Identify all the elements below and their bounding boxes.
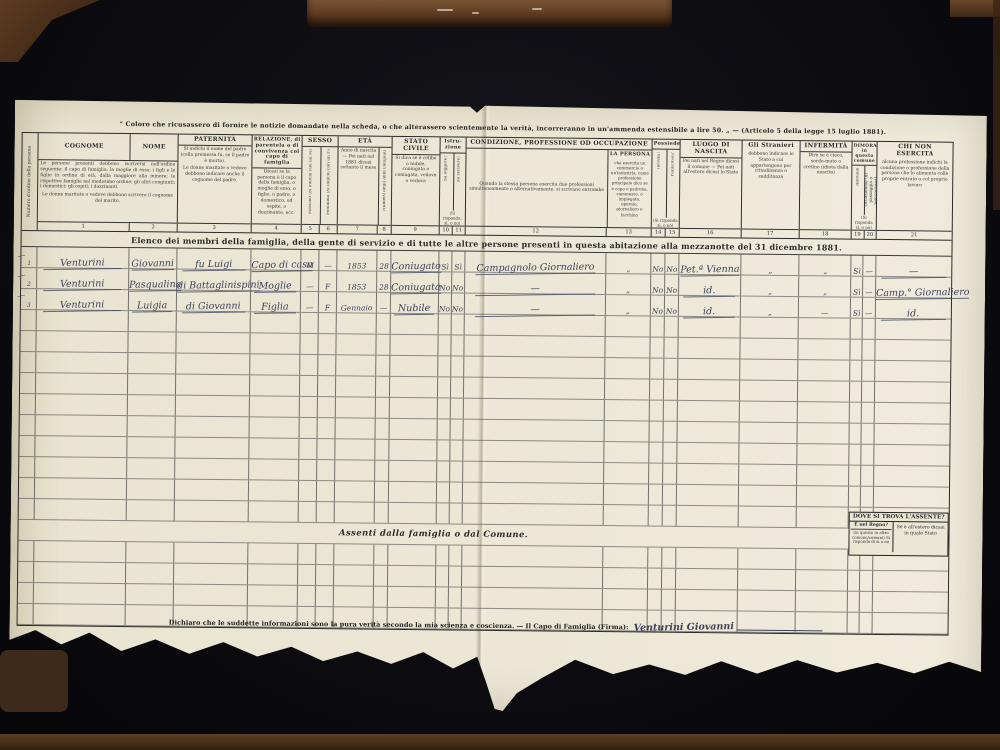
column-number: 1 bbox=[38, 222, 129, 231]
table-cell bbox=[464, 357, 605, 378]
table-cell bbox=[317, 439, 335, 459]
handwritten-entry: — bbox=[324, 261, 332, 270]
handwritten-entry: No bbox=[666, 265, 677, 274]
column-number: 15 bbox=[665, 229, 679, 237]
table-cell bbox=[175, 501, 249, 522]
table-cell bbox=[451, 356, 464, 376]
table-cell bbox=[334, 565, 374, 585]
header-desc: che esercita un commercio o un'industria… bbox=[608, 159, 652, 219]
table-cell bbox=[862, 361, 875, 381]
header-desc: Quando la stessa persona esercita due pr… bbox=[466, 180, 607, 195]
table-cell bbox=[336, 397, 376, 417]
table-cell bbox=[605, 358, 650, 378]
header-desc: debbono indicare lo Stato a cui apparten… bbox=[742, 150, 799, 182]
table-cell bbox=[850, 382, 862, 402]
table-cell bbox=[249, 438, 299, 459]
table-cell bbox=[128, 395, 176, 416]
table-cell bbox=[299, 481, 317, 501]
table-cell bbox=[248, 543, 298, 564]
table-cell bbox=[37, 310, 129, 331]
table-cell bbox=[250, 417, 300, 438]
table-cell bbox=[679, 317, 741, 338]
table-cell bbox=[863, 319, 876, 339]
table-cell bbox=[650, 380, 664, 400]
table-cell bbox=[662, 569, 676, 589]
table-cell bbox=[335, 460, 375, 480]
table-cell: „ bbox=[606, 253, 651, 273]
handwritten-entry: Sì bbox=[441, 262, 449, 271]
handwritten-entry: — bbox=[306, 282, 314, 291]
col-istruzione: Istru-zione Sa leggere? Sa scrivere? (Si… bbox=[440, 137, 467, 234]
header-desc: Le donne maritate o vedove debbono indic… bbox=[178, 165, 251, 185]
table-cell: Sì bbox=[439, 251, 452, 271]
table-cell bbox=[19, 499, 35, 519]
table-cell bbox=[175, 480, 249, 501]
table-cell: id. bbox=[679, 296, 741, 317]
table-cell bbox=[298, 544, 316, 564]
table-cell bbox=[739, 506, 797, 527]
table-cell bbox=[249, 501, 299, 522]
table-cell bbox=[605, 337, 650, 357]
wood-edge-right bbox=[993, 0, 1000, 210]
table-cell bbox=[738, 590, 796, 611]
table-cell bbox=[664, 359, 678, 379]
table-cell bbox=[375, 440, 389, 460]
table-cell bbox=[301, 313, 319, 333]
table-cell: fu Luigi bbox=[177, 249, 251, 270]
table-cell bbox=[851, 319, 863, 339]
header-desc: Le donne maritate o vedove debbono scriv… bbox=[38, 191, 177, 206]
chalk-mark bbox=[472, 12, 479, 14]
table-cell bbox=[250, 333, 300, 354]
table-cell bbox=[604, 463, 649, 483]
wood-patch-bottom-left bbox=[0, 650, 68, 712]
table-cell bbox=[318, 397, 336, 417]
table-cell bbox=[739, 422, 797, 443]
table-cell bbox=[34, 583, 126, 604]
col-relazione: RELAZIONE, di parentela o di convivenza … bbox=[252, 135, 303, 233]
col-stato-civile: STATO CIVILE Si dica se è celibe o nubil… bbox=[392, 137, 441, 234]
table-cell bbox=[129, 311, 177, 332]
table-cell: — bbox=[319, 250, 337, 270]
table-cell bbox=[300, 376, 318, 396]
table-cell: Sì bbox=[851, 256, 863, 276]
table-cell bbox=[606, 316, 651, 336]
table-cell bbox=[390, 356, 438, 377]
table-cell bbox=[663, 464, 677, 484]
table-cell bbox=[437, 503, 450, 523]
table-cell: id. bbox=[679, 275, 741, 296]
wood-slot bbox=[307, 0, 672, 27]
header-title-cognome: COGNOME bbox=[39, 141, 130, 152]
census-table: Numero d'ordine della persona COGNOME NO… bbox=[17, 132, 954, 636]
table-cell bbox=[463, 462, 604, 483]
table-cell bbox=[299, 460, 317, 480]
table-cell bbox=[861, 445, 874, 465]
table-cell: — bbox=[876, 256, 951, 277]
table-cell bbox=[849, 466, 861, 486]
table-cell: di Battaglinispini bbox=[177, 270, 251, 291]
table-cell: — bbox=[301, 271, 319, 291]
table-cell bbox=[875, 382, 950, 403]
table-cell bbox=[464, 378, 605, 399]
signature: Venturini Giovanni bbox=[634, 621, 735, 634]
handwritten-entry: 1853 bbox=[347, 261, 366, 270]
table-cell bbox=[849, 487, 861, 507]
column-number: 4 bbox=[252, 224, 301, 233]
table-cell bbox=[874, 445, 949, 466]
table-cell bbox=[875, 361, 950, 382]
table-cell bbox=[796, 591, 848, 612]
table-cell bbox=[36, 373, 128, 394]
header-desc: Dicesi se la persona è il capo della fam… bbox=[252, 168, 302, 217]
table-cell bbox=[335, 439, 375, 459]
table-cell bbox=[649, 464, 663, 484]
handwritten-entry: 1 bbox=[27, 260, 31, 267]
table-cell bbox=[21, 310, 37, 330]
header-sublabel-occasionale: Occasionale (di passaggio o temporanea) bbox=[865, 168, 876, 213]
table-cell bbox=[650, 401, 664, 421]
header-title: RELAZIONE, di parentela o di convivenza … bbox=[252, 135, 301, 167]
table-cell bbox=[605, 400, 650, 420]
header-title-nome: NOME bbox=[131, 142, 178, 152]
table-cell: „ bbox=[799, 276, 851, 297]
table-cell: — bbox=[465, 273, 606, 294]
table-cell bbox=[862, 382, 875, 402]
table-cell bbox=[798, 360, 850, 381]
header-title: LUOGO DI NASCITA bbox=[680, 140, 741, 157]
table-cell bbox=[375, 482, 389, 502]
table-cell bbox=[335, 502, 375, 522]
table-cell bbox=[389, 440, 437, 461]
handwritten-entry: No bbox=[652, 286, 663, 295]
table-cell bbox=[677, 443, 739, 464]
table-cell: „ bbox=[799, 255, 851, 276]
table-cell bbox=[436, 587, 449, 607]
table-cell bbox=[300, 397, 318, 417]
table-cell bbox=[604, 484, 649, 504]
table-cell bbox=[175, 459, 249, 480]
table-cell bbox=[462, 546, 603, 567]
table-cell bbox=[664, 338, 678, 358]
table-cell: No bbox=[665, 254, 679, 274]
table-cell bbox=[19, 457, 35, 477]
col-paternita: PATERNITÀ Si indichi il nome del padre (… bbox=[178, 135, 253, 233]
handwritten-entry: — bbox=[865, 309, 873, 318]
table-cell bbox=[250, 396, 300, 417]
header-note: (Si risponda sì, o no) bbox=[852, 215, 876, 230]
table-cell bbox=[462, 588, 603, 609]
table-cell bbox=[437, 440, 450, 460]
column-number: 18 bbox=[800, 230, 851, 239]
table-cell bbox=[648, 590, 662, 610]
handwritten-entry: Sì bbox=[454, 262, 462, 271]
table-cell bbox=[604, 505, 649, 525]
table-cell bbox=[336, 355, 376, 375]
table-cell bbox=[174, 585, 248, 606]
table-cell: Coniugata bbox=[391, 272, 439, 293]
table-cell bbox=[740, 401, 798, 422]
table-cell bbox=[35, 436, 127, 457]
col-cognome-nome: COGNOME NOME Le persone presenti debbono… bbox=[38, 133, 179, 231]
table-cell bbox=[797, 444, 849, 465]
header-sublabel-anni: Numero degli anni compiuti bbox=[382, 150, 388, 211]
handwritten-entry: No bbox=[439, 283, 450, 292]
handwritten-entry: 28 bbox=[379, 283, 389, 292]
table-cell bbox=[462, 567, 603, 588]
handwritten-entry: No bbox=[452, 304, 463, 313]
table-cell bbox=[375, 461, 389, 481]
table-cell bbox=[875, 403, 950, 424]
table-cell: Gennaio bbox=[337, 292, 377, 312]
handwritten-entry: „ bbox=[823, 266, 827, 275]
margin-mark: — bbox=[17, 250, 27, 260]
table-cell: 1853 bbox=[337, 271, 377, 291]
col-luogo-nascita: LUOGO DI NASCITA Pei nati nel Regno dica… bbox=[680, 140, 743, 238]
handwritten-entry: — bbox=[306, 303, 314, 312]
table-cell: Sì bbox=[851, 298, 863, 318]
table-cell bbox=[377, 314, 391, 334]
header-sublabel-scrivere: Sa scrivere? bbox=[457, 155, 462, 182]
table-cell bbox=[127, 479, 175, 500]
table-cell bbox=[739, 443, 797, 464]
table-cell bbox=[248, 564, 298, 585]
handwritten-entry: 28 bbox=[379, 262, 389, 271]
table-cell: Sì bbox=[452, 251, 465, 271]
handwritten-entry: No bbox=[652, 265, 663, 274]
table-cell bbox=[316, 565, 334, 585]
table-cell: — bbox=[863, 256, 876, 276]
table-cell: Luigia bbox=[129, 290, 177, 311]
column-number: 8 bbox=[377, 226, 391, 234]
table-cell bbox=[451, 419, 464, 439]
header-title: Istru-zione bbox=[441, 137, 466, 152]
table-cell bbox=[250, 354, 300, 375]
table-cell bbox=[678, 401, 740, 422]
table-cell bbox=[36, 331, 128, 352]
table-cell bbox=[739, 485, 797, 506]
table-cell bbox=[463, 441, 604, 462]
table-cell bbox=[300, 355, 318, 375]
table-cell bbox=[438, 419, 451, 439]
table-cell bbox=[36, 352, 128, 373]
col-eta: ETÀ Anno di nascita — Pei nati nel 1881 … bbox=[338, 136, 393, 234]
table-cell bbox=[799, 318, 851, 339]
table-cell bbox=[739, 464, 797, 485]
photo-scene: “ Coloro che ricusassero di fornire le n… bbox=[0, 0, 1000, 750]
table-cell bbox=[438, 377, 451, 397]
table-cell bbox=[663, 506, 677, 526]
table-cell: F bbox=[319, 271, 337, 291]
handwritten-entry: 1853 bbox=[347, 282, 366, 291]
table-cell bbox=[127, 500, 175, 521]
table-cell bbox=[376, 356, 390, 376]
table-cell bbox=[176, 417, 250, 438]
table-cell bbox=[603, 547, 648, 567]
table-cell bbox=[128, 332, 176, 353]
table-cell bbox=[438, 335, 451, 355]
header-sublabel-maschio: Maschio (Si indichi con un M) bbox=[308, 149, 314, 214]
table-cell bbox=[676, 569, 738, 590]
col-dimora: DIMORA in questo comune Abituale Occasio… bbox=[852, 142, 878, 239]
column-number: 7 bbox=[338, 225, 377, 233]
col-chi-non-esercita: CHI NON ESERCITA alcuna professione indi… bbox=[877, 142, 953, 240]
margin-mark: — bbox=[16, 290, 26, 300]
table-cell bbox=[605, 421, 650, 441]
handwritten-entry: — bbox=[865, 288, 873, 297]
header-desc: Si dica se è celibe o nubile, coniugato … bbox=[392, 155, 439, 187]
table-cell bbox=[34, 562, 126, 583]
table-cell bbox=[651, 317, 665, 337]
table-cell bbox=[35, 457, 127, 478]
header-title: Possiede bbox=[653, 140, 680, 149]
table-cell bbox=[451, 377, 464, 397]
table-cell: Campagnolo Giornaliero bbox=[465, 252, 606, 273]
handwritten-entry: 2 bbox=[27, 281, 31, 288]
table-cell bbox=[251, 312, 301, 333]
header-title: DIMORA in questo comune bbox=[852, 142, 876, 166]
table-cell bbox=[439, 314, 452, 334]
table-cell bbox=[449, 587, 462, 607]
table-cell: Venturini bbox=[37, 247, 129, 268]
table-cell bbox=[174, 543, 248, 564]
table-cell bbox=[126, 563, 174, 584]
table-cell bbox=[663, 443, 677, 463]
table-cell bbox=[738, 569, 796, 590]
table-cell bbox=[126, 542, 174, 563]
handwritten-entry: 3 bbox=[26, 302, 30, 309]
table-cell bbox=[300, 418, 318, 438]
table-cell bbox=[797, 423, 849, 444]
table-cell: Camp.° Giornaliero bbox=[876, 277, 951, 298]
table-cell bbox=[677, 506, 739, 527]
table-cell bbox=[738, 548, 796, 569]
table-cell: Figlia bbox=[251, 291, 301, 312]
table-cell bbox=[798, 339, 850, 360]
table-cell bbox=[299, 502, 317, 522]
table-cell: di Giovanni bbox=[177, 291, 251, 312]
dove-box-regno-desc: (in questo in altro comune/comuni) Si ri… bbox=[852, 529, 890, 544]
table-cell: No bbox=[439, 293, 452, 313]
header-desc: Pei nati nel Regno dicasi il comune — Pe… bbox=[680, 158, 741, 178]
table-cell bbox=[437, 461, 450, 481]
header-sublabel-abituale: Abituale bbox=[856, 168, 861, 186]
table-cell bbox=[376, 419, 390, 439]
table-cell: Venturini bbox=[37, 268, 129, 289]
table-cell bbox=[34, 541, 126, 562]
table-cell bbox=[740, 359, 798, 380]
handwritten-entry: No bbox=[666, 307, 677, 316]
header-title: Numero d'ordine della persona bbox=[27, 146, 33, 217]
table-cell: „ bbox=[606, 295, 651, 315]
table-cell bbox=[18, 562, 34, 582]
table-cell bbox=[19, 436, 35, 456]
table-cell bbox=[298, 565, 316, 585]
header-title: SESSO bbox=[303, 136, 338, 146]
table-cell bbox=[450, 503, 463, 523]
table-cell bbox=[316, 544, 334, 564]
table-cell bbox=[850, 340, 862, 360]
table-cell bbox=[436, 566, 449, 586]
table-cell bbox=[334, 586, 374, 606]
table-cell bbox=[874, 424, 949, 445]
header-sublabel-terreni: Terreni? bbox=[657, 151, 662, 169]
handwritten-entry: M bbox=[306, 261, 314, 270]
handwritten-entry: No bbox=[652, 307, 663, 316]
handwritten-entry: No bbox=[452, 283, 463, 292]
table-cell: No bbox=[665, 275, 679, 295]
table-cell bbox=[35, 499, 127, 520]
table-cell bbox=[317, 481, 335, 501]
table-cell bbox=[741, 317, 799, 338]
table-cell bbox=[438, 398, 451, 418]
dove-box-estero: Se è all'estero dicasi in quale Stato bbox=[893, 522, 947, 553]
table-cell bbox=[318, 376, 336, 396]
table-body-upper: 1VenturiniGiovannifu LuigiCapo di casaM—… bbox=[19, 247, 952, 530]
table-cell: No bbox=[452, 293, 465, 313]
table-cell bbox=[678, 359, 740, 380]
table-cell: 1853 bbox=[337, 250, 377, 270]
table-cell bbox=[390, 398, 438, 419]
table-cell bbox=[376, 377, 390, 397]
table-cell bbox=[463, 483, 604, 504]
table-cell: „ bbox=[741, 296, 799, 317]
table-cell bbox=[603, 589, 648, 609]
table-cell bbox=[374, 545, 388, 565]
table-cell: „ bbox=[606, 274, 651, 294]
table-cell bbox=[648, 548, 662, 568]
table-cell bbox=[797, 507, 849, 528]
table-cell bbox=[299, 439, 317, 459]
table-cell bbox=[389, 503, 437, 524]
column-number: 12 bbox=[466, 227, 606, 236]
column-number: 2 bbox=[129, 223, 177, 232]
table-cell bbox=[861, 424, 874, 444]
table-cell bbox=[19, 478, 35, 498]
handwritten-entry: „ bbox=[823, 287, 827, 296]
table-cell bbox=[249, 459, 299, 480]
table-cell bbox=[605, 379, 650, 399]
table-cell bbox=[449, 545, 462, 565]
table-cell bbox=[860, 571, 873, 591]
table-cell bbox=[318, 355, 336, 375]
table-cell bbox=[861, 487, 874, 507]
table-cell: — bbox=[863, 277, 876, 297]
header-title: STATO CIVILE bbox=[393, 137, 440, 154]
table-cell bbox=[451, 335, 464, 355]
header-note: (Si risponda: sì, o no) bbox=[440, 210, 465, 225]
table-cell bbox=[861, 466, 874, 486]
table-cell bbox=[873, 592, 948, 613]
header-title: ETÀ bbox=[339, 136, 392, 146]
column-number: 10 bbox=[440, 226, 452, 234]
table-cell bbox=[317, 502, 335, 522]
handwritten-entry: — bbox=[865, 267, 873, 276]
handwritten-entry: — bbox=[380, 304, 388, 313]
table-cell bbox=[316, 586, 334, 606]
table-cell bbox=[676, 548, 738, 569]
table-cell: Capo di casa bbox=[251, 249, 301, 270]
table-cell bbox=[336, 376, 376, 396]
table-cell: — bbox=[301, 292, 319, 312]
table-cell bbox=[678, 338, 740, 359]
table-cell: M bbox=[301, 250, 319, 270]
table-cell: Pasqualina bbox=[129, 269, 177, 290]
table-cell: Moglie bbox=[251, 270, 301, 291]
handwritten-entry: No bbox=[439, 304, 450, 313]
column-number: 20 bbox=[863, 231, 876, 239]
table-cell bbox=[649, 485, 663, 505]
